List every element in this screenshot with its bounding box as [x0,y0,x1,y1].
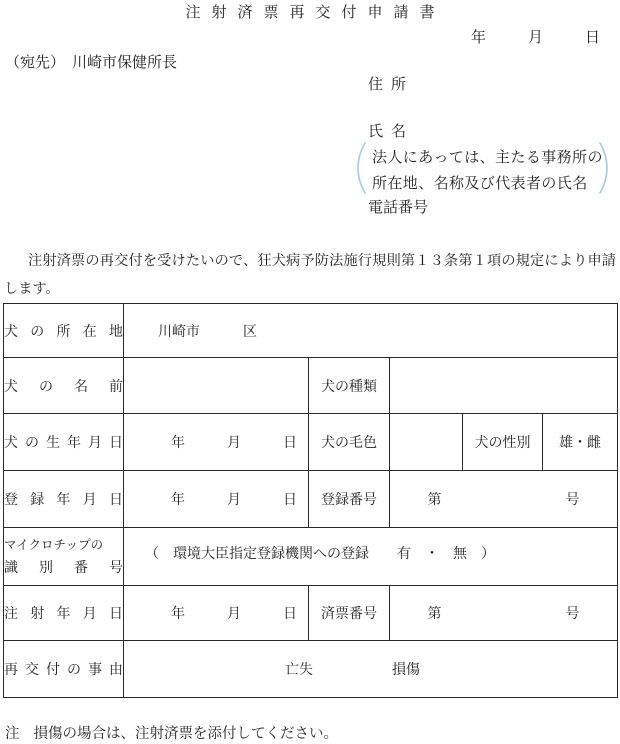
corp-note-left-bracket [356,142,366,194]
corp-note-line1: 法人にあっては、主たる事務所の [372,146,603,167]
inj-day-label: 日 [283,603,297,623]
microchip-label-line1: マイクロチップの [4,533,123,557]
birth-year-label: 年 [171,432,185,452]
injection-date-cell: 年 月 日 [124,586,309,641]
row-microchip: マイクロチップの 識別番号 （ 環境大臣指定登録機関への登録 有 ・ 無 ） [4,528,618,586]
application-statement: 注射済票の再交付を受けたいので、狂犬病予防法施行規則第１３条第１項の規定により申… [4,247,616,303]
microchip-id-label: マイクロチップの 識別番号 [4,528,124,586]
statement-line2: します。 [4,275,616,303]
row-injection: 注射年月日 年 月 日 済票番号 第 号 [4,586,618,641]
reg-day-label: 日 [283,489,297,509]
note-text: 損傷の場合は、注射済票を添付してください。 [34,726,339,742]
application-date-line: 年 月 日 [471,26,600,47]
inj-month-label: 月 [227,603,241,623]
reissue-reason-cell: 亡失 損傷 [124,641,618,698]
corp-note-line2: 所在地、名称及び代表者の氏名 [372,172,588,193]
dog-birth-label: 犬の生年月日 [4,414,124,471]
application-form-table: 犬の所在地 川崎市区 犬の名前 犬の種類 犬の生年月日 年 月 日 犬の毛色 犬… [3,303,618,698]
date-year-label: 年 [471,26,486,47]
date-month-label: 月 [528,26,543,47]
dog-sex-options: 雄・雌 [543,414,618,471]
dog-color-label: 犬の毛色 [309,414,390,471]
city-text: 川崎市 [158,325,200,340]
tag-number-cell: 第 号 [390,586,618,641]
reason-option-lost: 亡失 [285,659,313,679]
row-registration: 登録年月日 年 月 日 登録番号 第 号 [4,471,618,528]
date-day-label: 日 [585,26,600,47]
injection-date-label: 注射年月日 [4,586,124,641]
env-registration-note: （ 環境大臣指定登録機関への登録 有 ・ 無 ） [124,543,617,570]
ward-text: 区 [243,325,257,340]
birth-day-label: 日 [283,432,297,452]
name-label: 氏名 [368,120,414,141]
reg-no-prefix: 第 [428,489,442,509]
addressee-name: 川崎市保健所長 [72,55,177,71]
inj-year-label: 年 [171,603,185,623]
tag-no-suffix: 号 [566,603,580,623]
row-dog-birth: 犬の生年月日 年 月 日 犬の毛色 犬の性別 雄・雌 [4,414,618,471]
reissue-reason-label: 再交付の事由 [4,641,124,698]
corp-note-right-bracket [599,142,609,194]
addressee-line: （宛先）川崎市保健所長 [5,51,177,72]
row-dog-name: 犬の名前 犬の種類 [4,358,618,414]
footer-note: 注損傷の場合は、注射済票を添付してください。 [5,722,338,743]
row-dog-location: 犬の所在地 川崎市区 [4,304,618,358]
dog-sex-label: 犬の性別 [463,414,543,471]
dog-color-input-cell [390,414,463,471]
statement-line1: 注射済票の再交付を受けたいので、狂犬病予防法施行規則第１３条第１項の規定により申… [4,247,616,275]
note-prefix: 注 [5,726,20,742]
dog-location-label: 犬の所在地 [4,304,124,358]
reason-option-damaged: 損傷 [392,659,420,679]
reg-month-label: 月 [227,489,241,509]
reg-no-suffix: 号 [566,489,580,509]
dog-name-label: 犬の名前 [4,358,124,414]
microchip-label-line2: 識別番号 [4,557,123,581]
dog-name-input-cell [124,358,309,414]
registration-date-cell: 年 月 日 [124,471,309,528]
registration-date-label: 登録年月日 [4,471,124,528]
reg-year-label: 年 [171,489,185,509]
row-reissue-reason: 再交付の事由 亡失 損傷 [4,641,618,698]
addressee-prefix: （宛先） [5,55,65,71]
registration-number-label: 登録番号 [309,471,390,528]
address-label: 住所 [368,73,414,94]
phone-label: 電話番号 [368,196,428,217]
form-title: 注射済票再交付申請書 [0,1,620,22]
microchip-id-cell: （ 環境大臣指定登録機関への登録 有 ・ 無 ） [124,528,618,586]
tag-number-label: 済票番号 [309,586,390,641]
tag-no-prefix: 第 [428,603,442,623]
registration-number-cell: 第 号 [390,471,618,528]
birth-month-label: 月 [227,432,241,452]
dog-location-value-cell: 川崎市区 [124,304,618,358]
dog-birth-date-cell: 年 月 日 [124,414,309,471]
dog-kind-label: 犬の種類 [309,358,390,414]
dog-kind-input-cell [390,358,618,414]
